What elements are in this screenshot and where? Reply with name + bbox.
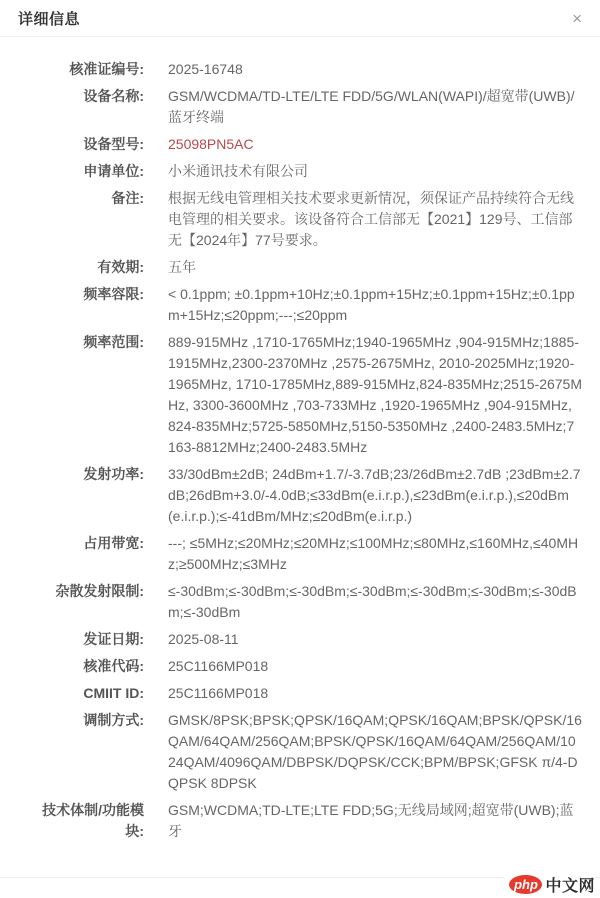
row-spurious-emission-limit: 杂散发射限制: ≤-30dBm;≤-30dBm;≤-30dBm;≤-30dBm;…	[0, 581, 600, 623]
field-label: 设备型号:	[32, 134, 144, 155]
row-device-model: 设备型号: 25098PN5AC	[0, 134, 600, 155]
dialog-title: 详细信息	[18, 8, 80, 29]
field-label: 申请单位:	[32, 161, 144, 182]
model-value: 25098PN5AC	[168, 134, 582, 155]
field-value: 五年	[168, 257, 582, 278]
field-value: 小米通讯技术有限公司	[168, 161, 582, 182]
field-value: ---; ≤5MHz;≤20MHz;≤20MHz;≤100MHz;≤80MHz,…	[168, 533, 582, 575]
field-label: 有效期:	[32, 257, 144, 278]
field-label: 技术体制/功能模块:	[32, 800, 144, 842]
field-label: 发证日期:	[32, 629, 144, 650]
field-value: GSM;WCDMA;TD-LTE;LTE FDD;5G;无线局域网;超宽带(UW…	[168, 800, 582, 842]
field-label: 频率范围:	[32, 332, 144, 458]
field-value: 2025-08-11	[168, 629, 582, 650]
php-cn-watermark-label: 中文网	[545, 873, 595, 896]
field-value: GMSK/8PSK;BPSK;QPSK/16QAM;QPSK/16QAM;BPS…	[168, 710, 582, 794]
field-label: 发射功率:	[32, 464, 144, 527]
field-label: 杂散发射限制:	[32, 581, 144, 623]
php-logo-badge: php	[509, 875, 542, 894]
row-frequency-tolerance: 频率容限: < 0.1ppm; ±0.1ppm+10Hz;±0.1ppm+15H…	[0, 284, 600, 326]
row-modulation: 调制方式: GMSK/8PSK;BPSK;QPSK/16QAM;QPSK/16Q…	[0, 710, 600, 794]
field-label: 核准证编号:	[32, 59, 144, 80]
field-label: 核准代码:	[32, 656, 144, 677]
field-value: 33/30dBm±2dB; 24dBm+1.7/-3.7dB;23/26dBm±…	[168, 464, 582, 527]
row-occupied-bandwidth: 占用带宽: ---; ≤5MHz;≤20MHz;≤20MHz;≤100MHz;≤…	[0, 533, 600, 575]
field-value: 根据无线电管理相关技术要求更新情况，须保证产品持续符合无线电管理的相关要求。该设…	[168, 188, 582, 251]
close-icon[interactable]: ×	[572, 10, 582, 27]
field-label: 设备名称:	[32, 86, 144, 128]
dialog-header: 详细信息 ×	[0, 0, 600, 37]
field-value: 889-915MHz ,1710-1765MHz;1940-1965MHz ,9…	[168, 332, 582, 458]
row-frequency-range: 频率范围: 889-915MHz ,1710-1765MHz;1940-1965…	[0, 332, 600, 458]
row-device-name: 设备名称: GSM/WCDMA/TD-LTE/LTE FDD/5G/WLAN(W…	[0, 86, 600, 128]
row-remarks: 备注: 根据无线电管理相关技术要求更新情况，须保证产品持续符合无线电管理的相关要…	[0, 188, 600, 251]
row-approval-code: 核准代码: 25C1166MP018	[0, 656, 600, 677]
row-applicant: 申请单位: 小米通讯技术有限公司	[0, 161, 600, 182]
field-value: 2025-16748	[168, 59, 582, 80]
field-label: 备注:	[32, 188, 144, 251]
field-label: 占用带宽:	[32, 533, 144, 575]
field-value: 25C1166MP018	[168, 656, 582, 677]
row-validity: 有效期: 五年	[0, 257, 600, 278]
field-label: 频率容限:	[32, 284, 144, 326]
field-value: ≤-30dBm;≤-30dBm;≤-30dBm;≤-30dBm;≤-30dBm;…	[168, 581, 582, 623]
field-label: 调制方式:	[32, 710, 144, 794]
row-issue-date: 发证日期: 2025-08-11	[0, 629, 600, 650]
field-value: GSM/WCDMA/TD-LTE/LTE FDD/5G/WLAN(WAPI)/超…	[168, 86, 582, 128]
row-transmit-power: 发射功率: 33/30dBm±2dB; 24dBm+1.7/-3.7dB;23/…	[0, 464, 600, 527]
php-cn-watermark: php 中文网	[505, 873, 595, 896]
detail-table: 核准证编号: 2025-16748 设备名称: GSM/WCDMA/TD-LTE…	[0, 37, 600, 842]
field-value: 25C1166MP018	[168, 683, 582, 704]
field-label: CMIIT ID:	[32, 683, 144, 704]
row-approval-no: 核准证编号: 2025-16748	[0, 59, 600, 80]
row-cmiit-id: CMIIT ID: 25C1166MP018	[0, 683, 600, 704]
field-value: < 0.1ppm; ±0.1ppm+10Hz;±0.1ppm+15Hz;±0.1…	[168, 284, 582, 326]
row-tech-standard: 技术体制/功能模块: GSM;WCDMA;TD-LTE;LTE FDD;5G;无…	[0, 800, 600, 842]
